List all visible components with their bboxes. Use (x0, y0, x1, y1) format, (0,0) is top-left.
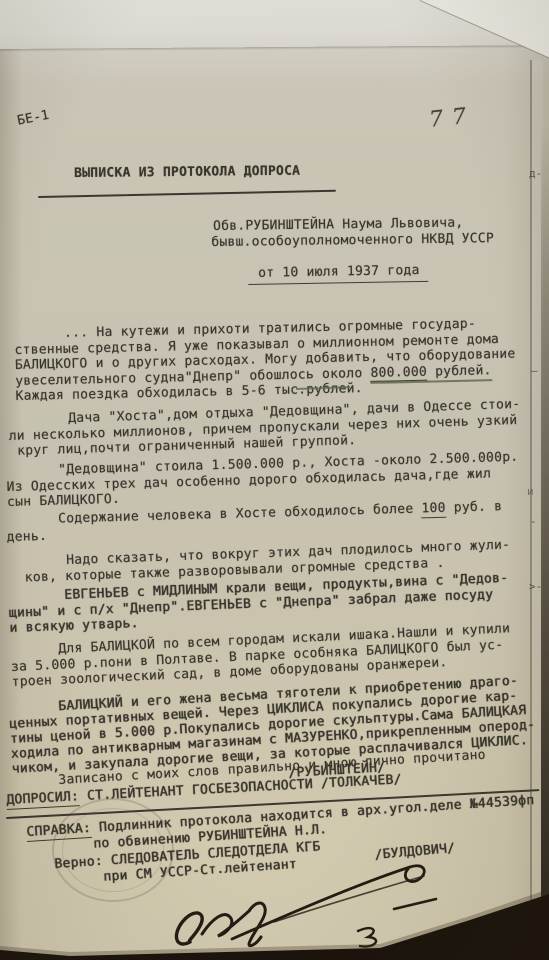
document-title: ВЫПИСКА ИЗ ПРОТОКОЛА ДОПРОСА (74, 164, 300, 182)
table-background (0, 880, 549, 960)
page-right-edge-shadow (541, 120, 549, 960)
margin-dash: - (530, 515, 537, 528)
margin-note: д- (529, 167, 542, 180)
binding-crease (530, 60, 532, 960)
underlined-amount: 800.000 (370, 364, 427, 382)
page-number-pencil: 77 (428, 103, 476, 133)
underlined-amount: 100 (421, 501, 446, 518)
margin-letter: и (527, 485, 534, 498)
subject-block: Обв.РУБИНШТЕЙНА Наума Львовича, бывш.осо… (213, 215, 494, 250)
date-block: от 10 июля 1937 года (248, 263, 428, 285)
paragraph-1: ... На кутежи и прихоти тратились огромн… (14, 316, 516, 405)
margin-tick: >- (529, 580, 542, 593)
archival-document-photo: БЕ-1 77 д- ВЫПИСКА ИЗ ПРОТОКОЛА ДОПРОСА … (0, 0, 549, 960)
margin-dash: – (531, 364, 538, 377)
date-line: от 10 июля 1937 года (248, 263, 428, 285)
